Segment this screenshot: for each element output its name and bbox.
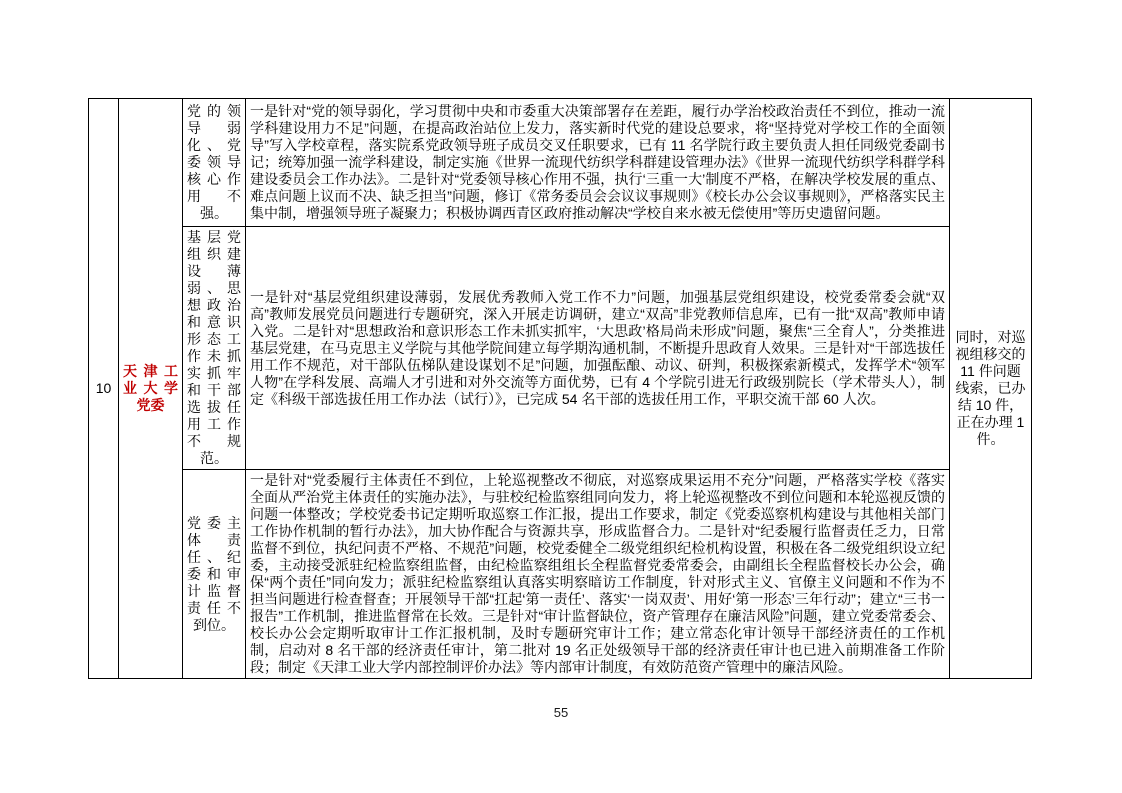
page-number: 55 (0, 705, 1122, 720)
row-index: 10 (89, 99, 119, 679)
issue-detail-3: 一是针对“党委履行主体责任不到位，上轮巡视整改不彻底，对巡察成果运用不充分”问题… (246, 470, 950, 679)
table-row: 党委主体责任、纪委和审计监督责任不到位。 一是针对“党委履行主体责任不到位，上轮… (89, 470, 1032, 679)
rectification-table: 10 天津工业大学党委 党的领导弱化、党委领导核心作用不强。 一是针对“党的领导… (88, 98, 1032, 679)
document-page: 10 天津工业大学党委 党的领导弱化、党委领导核心作用不强。 一是针对“党的领导… (0, 0, 1122, 793)
issue-label-2: 基层党组织建设薄弱、思想政治和意识形态工作未抓实抓牢和干部选拔任用工作不规范。 (183, 227, 246, 470)
table-row: 基层党组织建设薄弱、思想政治和意识形态工作未抓实抓牢和干部选拔任用工作不规范。 … (89, 227, 1032, 470)
issue-detail-2: 一是针对“基层党组织建设薄弱，发展优秀教师入党工作不力”问题，加强基层党组织建设… (246, 227, 950, 470)
unit-name: 天津工业大学党委 (119, 99, 183, 679)
table-row: 10 天津工业大学党委 党的领导弱化、党委领导核心作用不强。 一是针对“党的领导… (89, 99, 1032, 227)
issue-label-3: 党委主体责任、纪委和审计监督责任不到位。 (183, 470, 246, 679)
clue-note: 同时，对巡视组移交的 11 件问题线索，已办结 10 件，正在办理 1 件。 (950, 99, 1032, 679)
issue-label-1: 党的领导弱化、党委领导核心作用不强。 (183, 99, 246, 227)
issue-detail-1: 一是针对“党的领导弱化，学习贯彻中央和市委重大决策部署存在差距，履行办学治校政治… (246, 99, 950, 227)
